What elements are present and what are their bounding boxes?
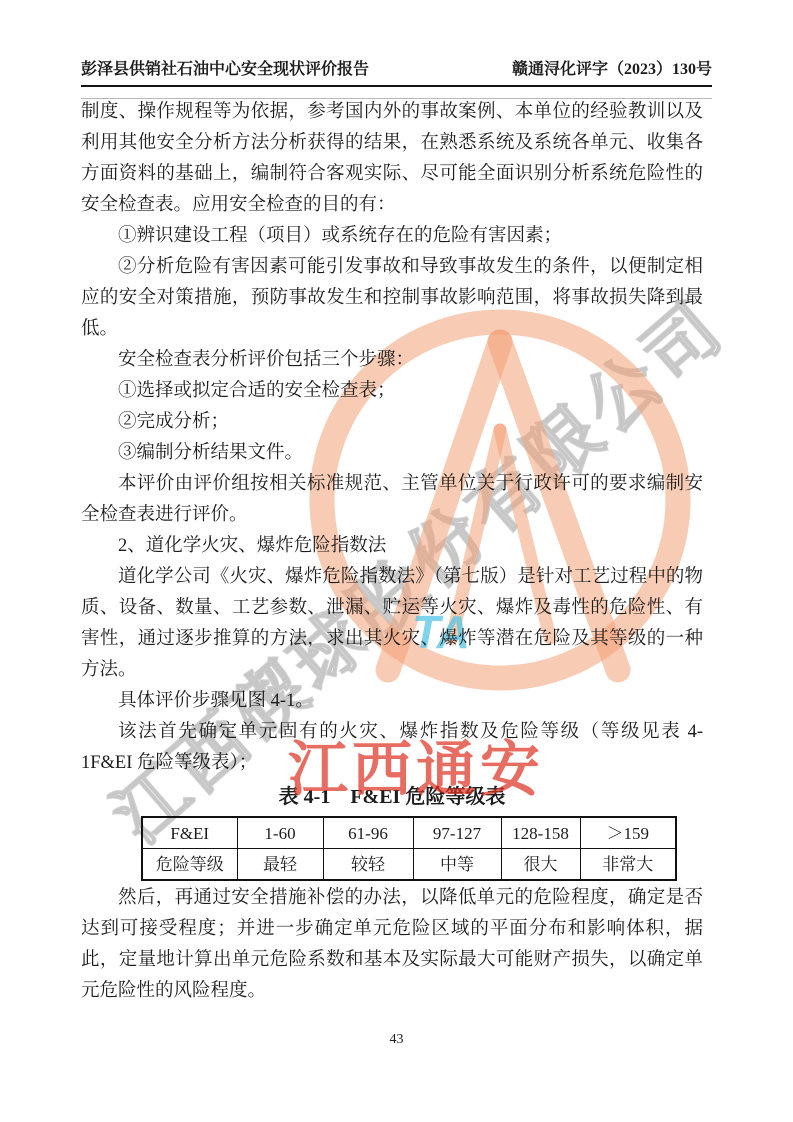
paragraph: 安全检查表分析评价包括三个步骤： [81,345,703,376]
table-title: 表 4-1 F&EI 危险等级表 [81,781,703,813]
paragraph: 然后，再通过安全措施补偿的办法，以降低单元的危险程度，确定是否达到可接受程度；并… [81,883,703,1007]
table-cell: 1-60 [237,817,323,849]
header-rule-thin [81,98,712,99]
table-cell: 很大 [501,849,580,881]
list-item: ①选择或拟定合适的安全检查表； [81,376,703,407]
table-cell: 最轻 [237,849,323,881]
body-content: 制度、操作规程等为依据，参考国内外的事故案例、本单位的经验教训以及利用其他安全分… [81,97,703,1007]
table-cell: F&EI [142,817,237,849]
document-page: 江西碶球股份有限公司 TA 彭泽县供销社石油中心安全现状评价报告 赣通浔化评字（… [0,0,793,1122]
paragraph: 该法首先确定单元固有的火灾、爆炸指数及危险等级（等级见表 4-1F&EI 危险等… [81,717,703,779]
header-report-title: 彭泽县供销社石油中心安全现状评价报告 [81,56,369,79]
table-row: 危险等级 最轻 较轻 中等 很大 非常大 [142,849,676,881]
table-row: F&EI 1-60 61-96 97-127 128-158 ＞159 [142,817,676,849]
section-heading: 2、道化学火灾、爆炸危险指数法 [81,531,703,562]
header-document-number: 赣通浔化评字（2023）130号 [512,56,712,79]
header-rule-thick [81,85,712,87]
paragraph: 制度、操作规程等为依据，参考国内外的事故案例、本单位的经验教训以及利用其他安全分… [81,97,703,221]
list-item: ③编制分析结果文件。 [81,438,703,469]
table-cell: 61-96 [323,817,413,849]
table-cell: 中等 [413,849,501,881]
paragraph: 本评价由评价组按相关标准规范、主管单位关于行政许可的要求编制安全检查表进行评价。 [81,469,703,531]
table-cell: 危险等级 [142,849,237,881]
list-item: ②完成分析； [81,407,703,438]
table-cell: 97-127 [413,817,501,849]
fei-grade-table: F&EI 1-60 61-96 97-127 128-158 ＞159 危险等级… [141,816,677,881]
table-cell: 较轻 [323,849,413,881]
paragraph: 具体评价步骤见图 4-1。 [81,686,703,717]
table-cell: 128-158 [501,817,580,849]
page-header: 彭泽县供销社石油中心安全现状评价报告 赣通浔化评字（2023）130号 [81,56,712,99]
paragraph: 道化学公司《火灾、爆炸危险指数法》（第七版）是针对工艺过程中的物质、设备、数量、… [81,562,703,686]
table-cell: ＞159 [580,817,676,849]
page-number: 43 [0,1032,793,1048]
list-item: ②分析危险有害因素可能引发事故和导致事故发生的条件，以便制定相应的安全对策措施，… [81,252,703,345]
list-item: ①辨识建设工程（项目）或系统存在的危险有害因素； [81,221,703,252]
table-cell: 非常大 [580,849,676,881]
